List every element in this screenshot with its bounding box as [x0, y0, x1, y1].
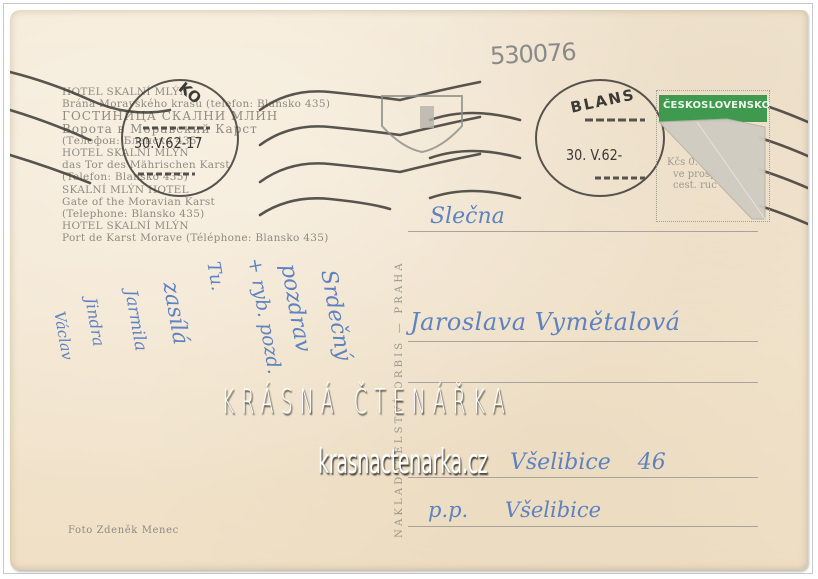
postage-stamp: ČESKOSLOVENSKO Kčs 0. ve prosp cest. ruc — [656, 90, 770, 222]
watermark-title: KRÁSNÁ ČTENÁŘKA — [222, 382, 442, 422]
postmark-left-date: 30.V.62-17 — [134, 134, 202, 152]
torn-stamp-paper — [657, 91, 771, 223]
watermark-url: krasnactenarka.cz — [318, 442, 488, 482]
postmark-right-date: 30. V.62- — [566, 146, 622, 164]
postcard: HOTEL SKALNÍ MLÝN Brána Moravského krasu… — [10, 10, 808, 570]
